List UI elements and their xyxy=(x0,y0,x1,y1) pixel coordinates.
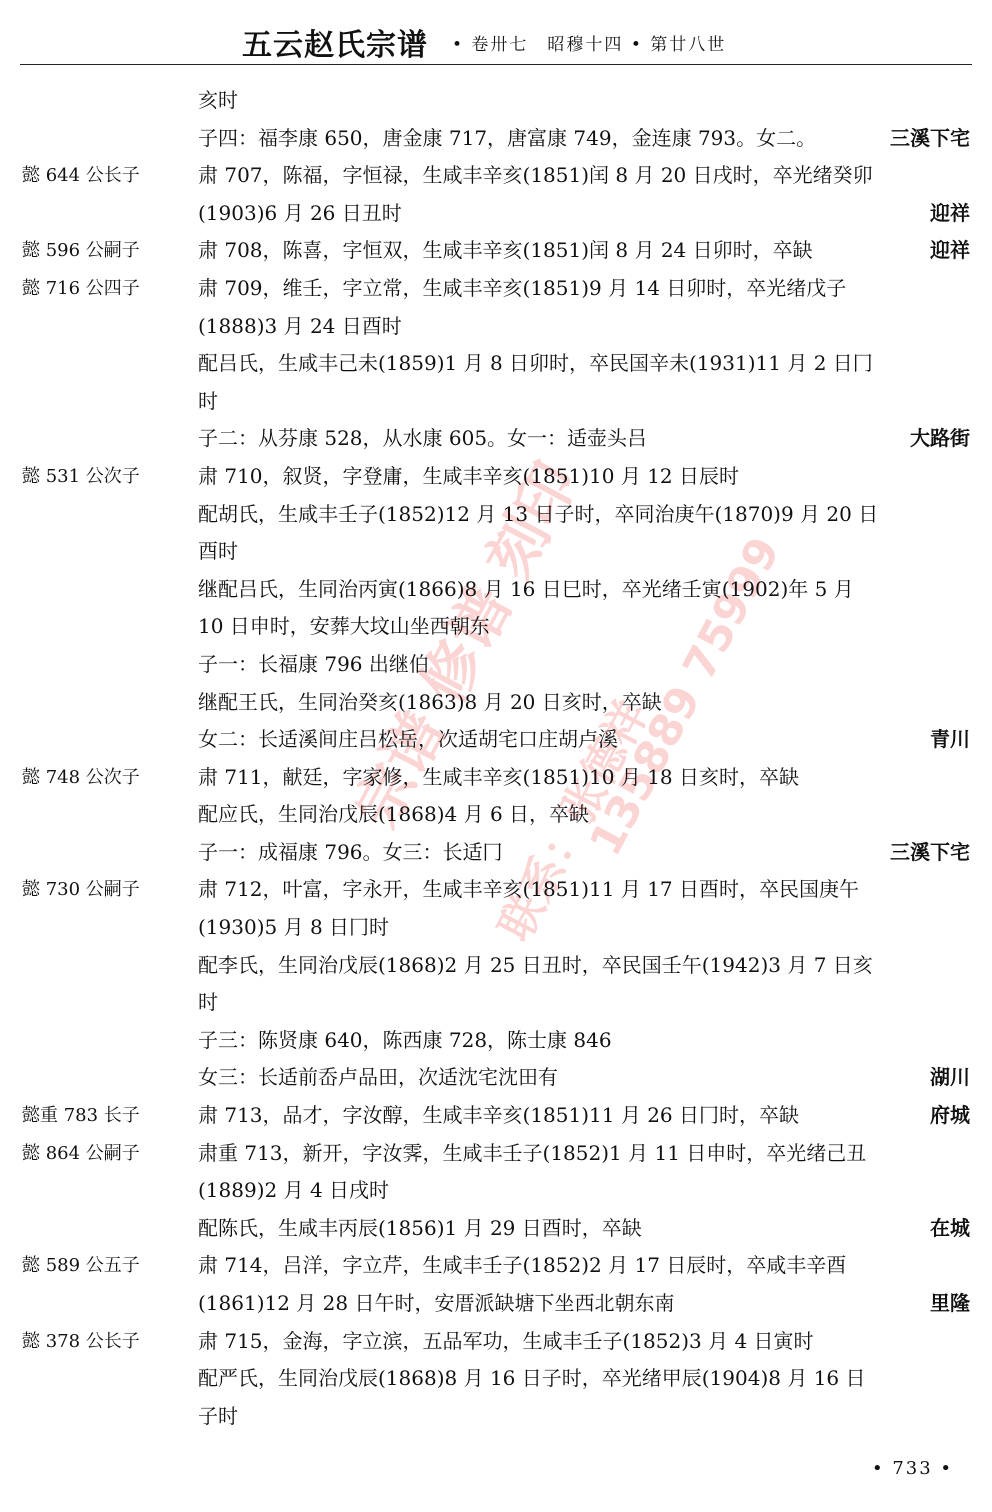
entry-line: 懿 864 公嗣子肃重 713，新开，字汝霁，生咸丰壬子(1852)1 月 11… xyxy=(0,1135,992,1173)
entry-line: 懿 716 公四子肃 709，维壬，字立常，生咸丰辛亥(1851)9 月 14 … xyxy=(0,270,992,308)
entry-text: 配应氏，生同治戊辰(1868)4 月 6 日，卒缺 xyxy=(198,796,589,834)
entry-text: 子一：成福康 796。女三：长适冂 xyxy=(198,834,503,872)
entry-line: 配李氏，生同治戊辰(1868)2 月 25 日丑时，卒民国壬午(1942)3 月… xyxy=(0,947,992,985)
entry-line: (1861)12 月 28 日午时，安厝派缺塘下坐西北朝东南里隆 xyxy=(0,1285,992,1323)
entry-line: 配吕氏，生咸丰己未(1859)1 月 8 日卯时，卒民国辛未(1931)11 月… xyxy=(0,345,992,383)
entry-line: 子一：成福康 796。女三：长适冂三溪下宅 xyxy=(0,834,992,872)
volume-generation-label: • 卷卅七 昭穆十四 • 第廿八世 xyxy=(452,30,726,55)
entry-text: 配吕氏，生咸丰己未(1859)1 月 8 日卯时，卒民国辛未(1931)11 月… xyxy=(198,345,873,383)
page-header: 五云赵氏宗谱 • 卷卅七 昭穆十四 • 第廿八世 xyxy=(0,0,992,66)
entry-text: 配李氏，生同治戊辰(1868)2 月 25 日丑时，卒民国壬午(1942)3 月… xyxy=(198,947,873,985)
entry-text: (1861)12 月 28 日午时，安厝派缺塘下坐西北朝东南 xyxy=(198,1285,674,1323)
lineage-label: 懿 730 公嗣子 xyxy=(22,871,140,909)
entry-text: 时 xyxy=(198,383,218,421)
entry-text: 继配王氏，生同治癸亥(1863)8 月 20 日亥时，卒缺 xyxy=(198,684,662,722)
lineage-label: 懿重 783 长子 xyxy=(22,1097,140,1135)
entry-line: 继配吕氏，生同治丙寅(1866)8 月 16 日巳时，卒光绪壬寅(1902)年 … xyxy=(0,571,992,609)
entry-text: 子二：从芬康 528，从水康 605。女一：适壶头吕 xyxy=(198,420,647,458)
lineage-label: 懿 644 公长子 xyxy=(22,157,140,195)
entry-line: 子一：长福康 796 出继伯 xyxy=(0,646,992,684)
entry-text: 继配吕氏，生同治丙寅(1866)8 月 16 日巳时，卒光绪壬寅(1902)年 … xyxy=(198,571,854,609)
entry-text: 亥时 xyxy=(198,82,238,120)
entry-line: 时 xyxy=(0,984,992,1022)
entry-text: 肃 711，献廷，字家修，生咸丰辛亥(1851)10 月 18 日亥时，卒缺 xyxy=(198,759,799,797)
entry-text: 酉时 xyxy=(198,533,238,571)
entry-text: 10 日申时，安葬大坟山坐西朝东 xyxy=(198,608,490,646)
entry-line: 懿 596 公嗣子肃 708，陈喜，字恒双，生咸丰辛亥(1851)闰 8 月 2… xyxy=(0,232,992,270)
entry-text: 肃 709，维壬，字立常，生咸丰辛亥(1851)9 月 14 日卯时，卒光绪戊子 xyxy=(198,270,846,308)
entry-text: 肃 707，陈福，字恒禄，生咸丰辛亥(1851)闰 8 月 20 日戌时，卒光绪… xyxy=(198,157,873,195)
entry-line: 子四：福李康 650，唐金康 717，唐富康 749，金连康 793。女二。三溪… xyxy=(0,120,992,158)
entry-line: 女三：长适前岙卢品田，次适沈宅沈田有湖川 xyxy=(0,1059,992,1097)
entry-line: 懿 378 公长子肃 715，金海，字立滨，五品军功，生咸丰壬子(1852)3 … xyxy=(0,1323,992,1361)
entry-text: 肃 708，陈喜，字恒双，生咸丰辛亥(1851)闰 8 月 24 日卯时，卒缺 xyxy=(198,232,813,270)
entry-line: (1930)5 月 8 日冂时 xyxy=(0,909,992,947)
residence-place: 三溪下宅 xyxy=(890,120,970,158)
header-divider xyxy=(20,64,972,65)
entry-line: (1889)2 月 4 日戌时 xyxy=(0,1172,992,1210)
lineage-label: 懿 531 公次子 xyxy=(22,458,140,496)
entry-line: 懿 730 公嗣子肃 712，叶富，字永开，生咸丰辛亥(1851)11 月 17… xyxy=(0,871,992,909)
entry-line: 配应氏，生同治戊辰(1868)4 月 6 日，卒缺 xyxy=(0,796,992,834)
residence-place: 迎祥 xyxy=(930,195,970,233)
entry-text: (1888)3 月 24 日酉时 xyxy=(198,308,402,346)
entry-line: 懿 531 公次子肃 710，叙贤，字登庸，生咸丰辛亥(1851)10 月 12… xyxy=(0,458,992,496)
entry-text: 子四：福李康 650，唐金康 717，唐富康 749，金连康 793。女二。 xyxy=(198,120,816,158)
entry-line: 时 xyxy=(0,383,992,421)
residence-place: 青川 xyxy=(930,721,970,759)
entry-line: 配陈氏，生咸丰丙辰(1856)1 月 29 日酉时，卒缺在城 xyxy=(0,1210,992,1248)
entry-line: 懿 748 公次子肃 711，献廷，字家修，生咸丰辛亥(1851)10 月 18… xyxy=(0,759,992,797)
entry-text: 子一：长福康 796 出继伯 xyxy=(198,646,429,684)
lineage-label: 懿 596 公嗣子 xyxy=(22,232,140,270)
entry-line: 继配王氏，生同治癸亥(1863)8 月 20 日亥时，卒缺 xyxy=(0,684,992,722)
lineage-label: 懿 589 公五子 xyxy=(22,1247,140,1285)
residence-place: 三溪下宅 xyxy=(890,834,970,872)
entry-text: (1930)5 月 8 日冂时 xyxy=(198,909,389,947)
entry-line: 女二：长适溪间庄吕松岳，次适胡宅口庄胡卢溪青川 xyxy=(0,721,992,759)
entry-text: 肃 714，吕洋，字立芹，生咸丰壬子(1852)2 月 17 日辰时，卒咸丰辛酉 xyxy=(198,1247,846,1285)
genealogy-title: 五云赵氏宗谱 xyxy=(242,20,428,64)
entry-text: 女二：长适溪间庄吕松岳，次适胡宅口庄胡卢溪 xyxy=(198,721,618,759)
entry-text: 肃重 713，新开，字汝霁，生咸丰壬子(1852)1 月 11 日申时，卒光绪己… xyxy=(198,1135,866,1173)
entry-line: 懿重 783 长子肃 713，品才，字汝醇，生咸丰辛亥(1851)11 月 26… xyxy=(0,1097,992,1135)
genealogy-entries: 亥时子四：福李康 650，唐金康 717，唐富康 749，金连康 793。女二。… xyxy=(0,82,992,1435)
entry-text: 肃 712，叶富，字永开，生咸丰辛亥(1851)11 月 17 日酉时，卒民国庚… xyxy=(198,871,859,909)
residence-place: 府城 xyxy=(930,1097,970,1135)
entry-line: 亥时 xyxy=(0,82,992,120)
entry-line: 配严氏，生同治戊辰(1868)8 月 16 日子时，卒光绪甲辰(1904)8 月… xyxy=(0,1360,992,1398)
entry-text: 配严氏，生同治戊辰(1868)8 月 16 日子时，卒光绪甲辰(1904)8 月… xyxy=(198,1360,866,1398)
entry-line: 10 日申时，安葬大坟山坐西朝东 xyxy=(0,608,992,646)
entry-line: (1888)3 月 24 日酉时 xyxy=(0,308,992,346)
page-number: • 733 • xyxy=(872,1458,953,1479)
entry-line: (1903)6 月 26 日丑时迎祥 xyxy=(0,195,992,233)
residence-place: 迎祥 xyxy=(930,232,970,270)
entry-text: (1903)6 月 26 日丑时 xyxy=(198,195,402,233)
entry-line: 子二：从芬康 528，从水康 605。女一：适壶头吕大路街 xyxy=(0,420,992,458)
lineage-label: 懿 864 公嗣子 xyxy=(22,1135,140,1173)
residence-place: 在城 xyxy=(930,1210,970,1248)
entry-line: 配胡氏，生咸丰壬子(1852)12 月 13 日子时，卒同治庚午(1870)9 … xyxy=(0,496,992,534)
entry-text: 肃 715，金海，字立滨，五品军功，生咸丰壬子(1852)3 月 4 日寅时 xyxy=(198,1323,814,1361)
entry-line: 懿 589 公五子肃 714，吕洋，字立芹，生咸丰壬子(1852)2 月 17 … xyxy=(0,1247,992,1285)
entry-text: 肃 710，叙贤，字登庸，生咸丰辛亥(1851)10 月 12 日辰时 xyxy=(198,458,739,496)
residence-place: 大路街 xyxy=(910,420,970,458)
entry-line: 懿 644 公长子肃 707，陈福，字恒禄，生咸丰辛亥(1851)闰 8 月 2… xyxy=(0,157,992,195)
entry-text: 配胡氏，生咸丰壬子(1852)12 月 13 日子时，卒同治庚午(1870)9 … xyxy=(198,496,878,534)
entry-line: 酉时 xyxy=(0,533,992,571)
entry-line: 子三：陈贤康 640，陈西康 728，陈士康 846 xyxy=(0,1022,992,1060)
entry-line: 子时 xyxy=(0,1398,992,1436)
lineage-label: 懿 716 公四子 xyxy=(22,270,140,308)
lineage-label: 懿 748 公次子 xyxy=(22,759,140,797)
entry-text: 肃 713，品才，字汝醇，生咸丰辛亥(1851)11 月 26 日冂时，卒缺 xyxy=(198,1097,799,1135)
entry-text: 女三：长适前岙卢品田，次适沈宅沈田有 xyxy=(198,1059,558,1097)
entry-text: 子时 xyxy=(198,1398,238,1436)
lineage-label: 懿 378 公长子 xyxy=(22,1323,140,1361)
entry-text: 子三：陈贤康 640，陈西康 728，陈士康 846 xyxy=(198,1022,612,1060)
residence-place: 里隆 xyxy=(930,1285,970,1323)
entry-text: (1889)2 月 4 日戌时 xyxy=(198,1172,389,1210)
entry-text: 时 xyxy=(198,984,218,1022)
entry-text: 配陈氏，生咸丰丙辰(1856)1 月 29 日酉时，卒缺 xyxy=(198,1210,642,1248)
residence-place: 湖川 xyxy=(930,1059,970,1097)
